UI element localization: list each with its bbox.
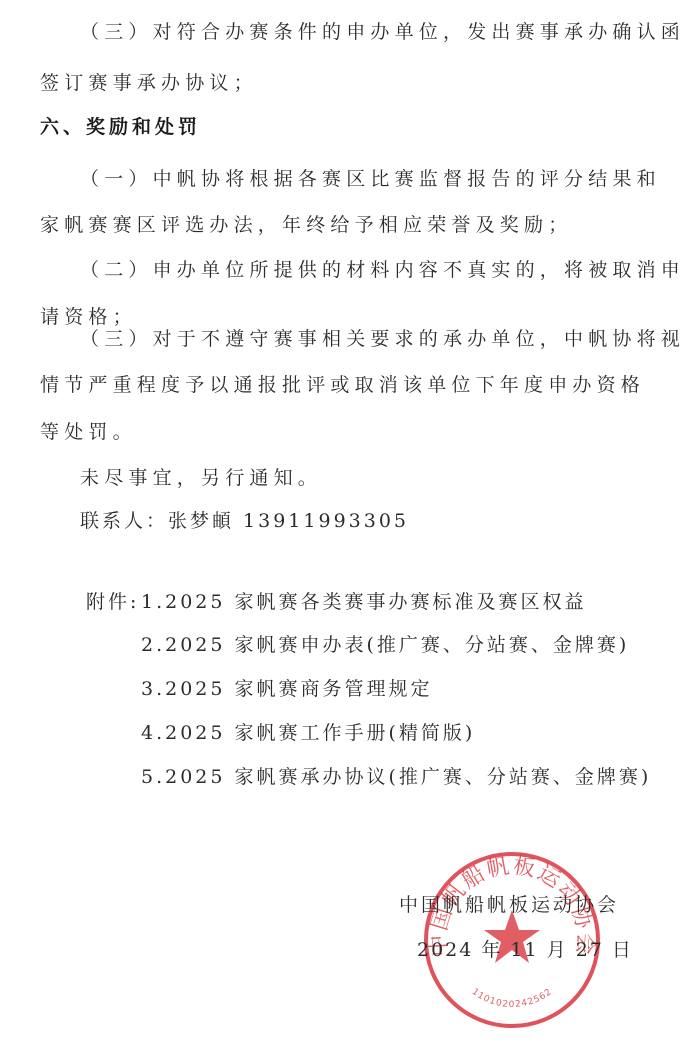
attachment-item: 1.2025 家帆赛各类赛事办赛标准及赛区权益 <box>141 590 587 614</box>
svg-text:1101020242562: 1101020242562 <box>470 987 555 1010</box>
contact-info: 联系人：张梦頔 13911993305 <box>80 509 409 533</box>
attachment-item: 3.2025 家帆赛商务管理规定 <box>141 677 433 701</box>
attachments-prefix: 附件: <box>86 590 139 614</box>
paragraph-6-2-line2: 请资格； <box>40 305 137 329</box>
paragraph-6-3-line2: 情节严重程度予以通报批评或取消该单位下年度申办资格 <box>40 373 645 397</box>
attachment-item: 5.2025 家帆赛承办协议(推广赛、分站赛、金牌赛) <box>141 765 651 789</box>
paragraph-6-3-line1: （三）对于不遵守赛事相关要求的承办单位，中帆协将视 <box>80 327 683 351</box>
paragraph-5-3-line1: （三）对符合办赛条件的申办单位，发出赛事承办确认函、 <box>80 20 683 44</box>
attachment-item: 2.2025 家帆赛申办表(推广赛、分站赛、金牌赛) <box>141 633 629 657</box>
section-6-heading: 六、奖励和处罚 <box>40 115 201 139</box>
paragraph-6-1-line2: 家帆赛赛区评选办法，年终给予相应荣誉及奖励； <box>40 213 572 237</box>
paragraph-6-3-line3: 等处罚。 <box>40 420 137 444</box>
signature-date: 2024 年 11 月 27 日 <box>417 935 633 962</box>
paragraph-5-3-line2: 签订赛事承办协议； <box>40 71 258 95</box>
signature-organization: 中国帆船帆板运动协会 <box>399 890 619 917</box>
paragraph-6-1-line1: （一）中帆协将根据各赛区比赛监督报告的评分结果和 <box>80 167 661 191</box>
paragraph-6-2-line1: （二）申办单位所提供的材料内容不真实的，将被取消申 <box>80 258 683 282</box>
closing-note: 未尽事宜，另行通知。 <box>80 466 322 490</box>
attachment-item: 4.2025 家帆赛工作手册(精简版) <box>141 721 475 745</box>
